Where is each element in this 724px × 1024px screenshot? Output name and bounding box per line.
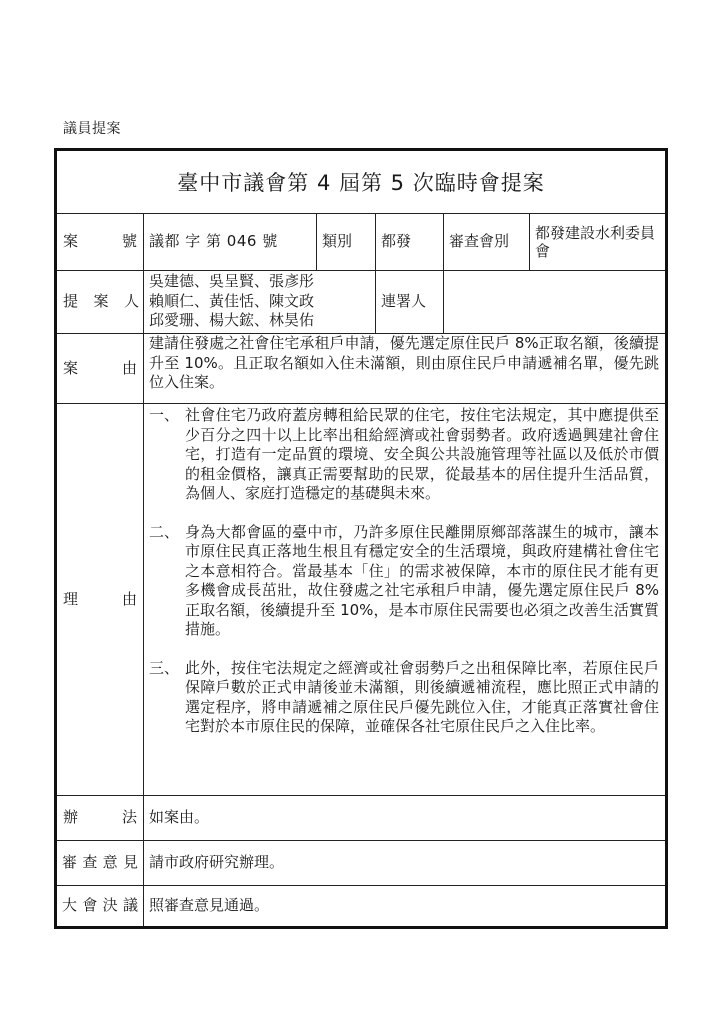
paragraph-number: 二、 <box>149 523 179 543</box>
subject-label: 案 由 <box>57 333 143 403</box>
cosigner-value <box>443 270 665 333</box>
paragraph-number: 一、 <box>149 406 179 426</box>
case-number-value: 議都 字 第 046 號 <box>143 213 316 270</box>
paragraph-text: 此外，按住宅法規定之經濟或社會弱勢戶之出租保障比率，若原住民戶保障戶數於正式申請… <box>185 659 659 736</box>
review-opinion-text: 請市政府研究辦理。 <box>143 840 665 885</box>
method-text: 如案由。 <box>143 795 665 840</box>
label-char: 由 <box>122 590 137 609</box>
form-title: 臺中市議會第 4 屆第 5 次臨時會提案 <box>57 151 665 216</box>
label-char: 案 <box>63 359 78 378</box>
paragraph-number: 三、 <box>149 659 179 679</box>
resolution-label: 大 會 決 議 <box>57 885 143 926</box>
label-char: 議 <box>123 896 138 915</box>
proposer-line: 賴順仁、黃佳恬、陳文政 <box>149 292 369 312</box>
proposer-label: 提 案 人 <box>57 270 143 333</box>
label-char: 案 <box>93 292 108 311</box>
resolution-text: 照審查意見通過。 <box>143 885 665 926</box>
method-label: 辦 法 <box>57 795 143 840</box>
label-char: 辦 <box>63 808 78 827</box>
cosigner-label: 連署人 <box>375 270 443 333</box>
review-opinion-label: 審 查 意 見 <box>57 840 143 885</box>
case-number-label: 案 號 <box>57 213 143 270</box>
label-char: 提 <box>63 292 78 311</box>
label-char: 審 <box>62 853 77 872</box>
label-char: 理 <box>63 590 78 609</box>
label-char: 會 <box>82 896 97 915</box>
reason-paragraph-2: 二、 身為大都會區的臺中市，乃許多原住民離開原鄉部落謀生的城市，讓本市原住民真正… <box>149 523 659 640</box>
label-char: 人 <box>124 292 139 311</box>
label-char: 號 <box>122 232 137 251</box>
paragraph-text: 身為大都會區的臺中市，乃許多原住民離開原鄉部落謀生的城市，讓本市原住民真正落地生… <box>185 523 659 639</box>
committee-value: 都發建設水利委員會 <box>529 213 665 270</box>
label-char: 案 <box>63 232 78 251</box>
label-char: 決 <box>103 896 118 915</box>
label-char: 由 <box>122 359 137 378</box>
reason-paragraph-3: 三、 此外，按住宅法規定之經濟或社會弱勢戶之出租保障比率，若原住民戶保障戶數於正… <box>149 659 659 737</box>
proposer-list: 吳建德、吳呈賢、張彥彤 賴順仁、黃佳恬、陳文政 邱愛珊、楊大鋐、林昊佑 <box>143 270 375 333</box>
proposer-line: 吳建德、吳呈賢、張彥彤 <box>149 272 369 292</box>
category-label: 類別 <box>316 213 375 270</box>
document-header-label: 議員提案 <box>63 118 121 138</box>
label-char: 見 <box>123 853 138 872</box>
reason-content: 一、 社會住宅乃政府蓋房轉租給民眾的住宅，按住宅法規定，其中應提供至少百分之四十… <box>143 403 665 795</box>
proposer-line: 邱愛珊、楊大鋐、林昊佑 <box>149 311 369 331</box>
label-char: 查 <box>82 853 97 872</box>
proposal-form-table: 臺中市議會第 4 屆第 5 次臨時會提案 案 號 議都 字 第 046 號 類別… <box>54 148 668 929</box>
category-value: 都發 <box>375 213 443 270</box>
label-char: 意 <box>103 853 118 872</box>
reason-paragraph-1: 一、 社會住宅乃政府蓋房轉租給民眾的住宅，按住宅法規定，其中應提供至少百分之四十… <box>149 406 659 504</box>
reason-label: 理 由 <box>57 403 143 795</box>
paragraph-text: 社會住宅乃政府蓋房轉租給民眾的住宅，按住宅法規定，其中應提供至少百分之四十以上比… <box>185 406 659 502</box>
subject-text: 建請住發處之社會住宅承租戶申請，優先選定原住民戶 8%正取名額，後續提升至 10… <box>143 333 665 403</box>
label-char: 大 <box>62 896 77 915</box>
committee-label: 審查會別 <box>443 213 529 270</box>
label-char: 法 <box>122 808 137 827</box>
